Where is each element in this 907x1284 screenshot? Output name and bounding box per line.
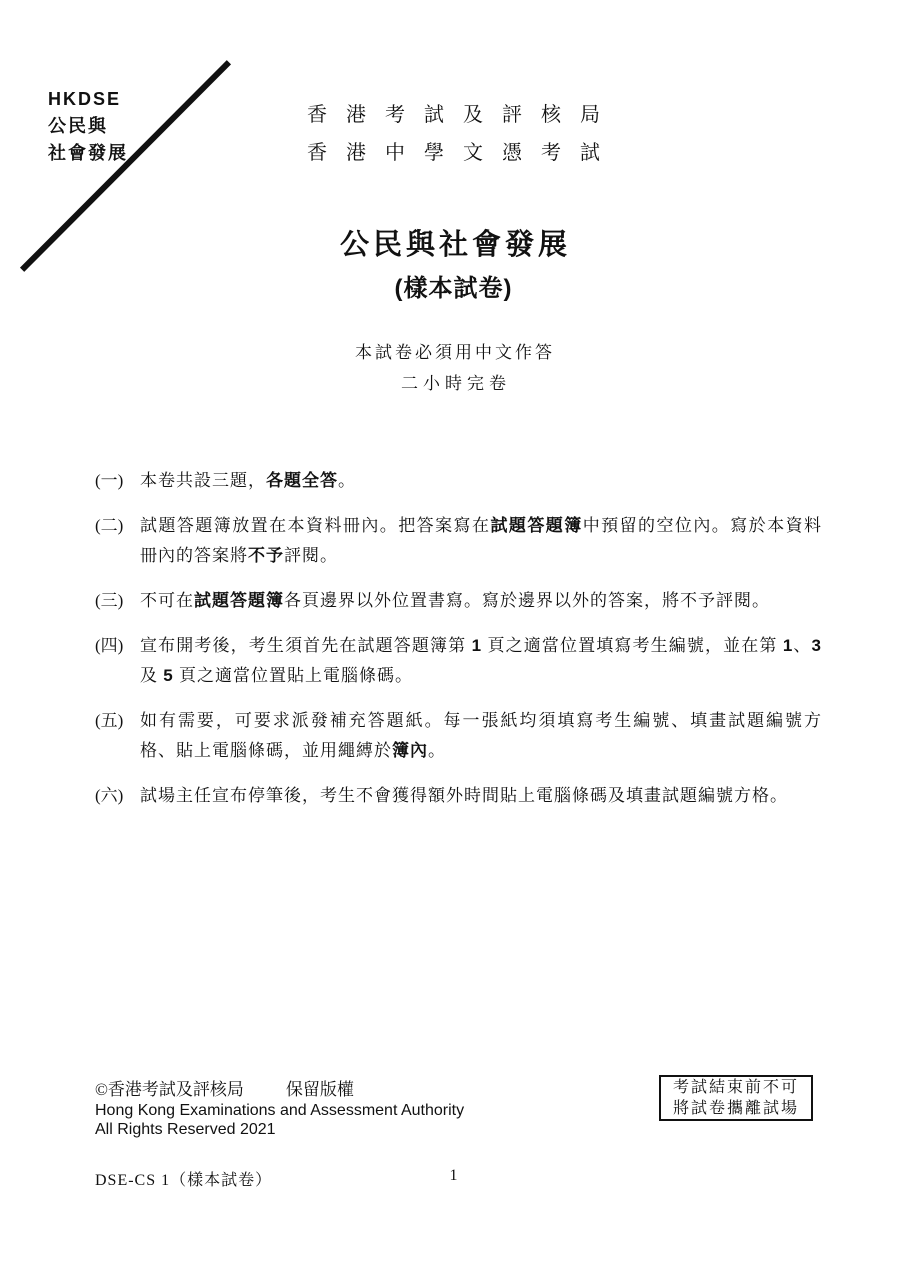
text-segment: 頁之適當位置填寫考生編號，並在第 xyxy=(482,636,783,655)
instructions-list: (一)本卷共設三題，各題全答。 (二)試題答題簿放置在本資料冊內。把答案寫在試題… xyxy=(95,466,822,826)
instruction-number: (二) xyxy=(95,511,140,571)
text-segment: 宣布開考後，考生須首先在試題答題簿第 xyxy=(140,636,472,655)
text-segment-bold: 各題全答 xyxy=(266,471,338,490)
text-segment: 試場主任宣布停筆後，考生不會獲得額外時間貼上電腦條碼及填畫試題編號方格。 xyxy=(140,786,788,805)
logo-subject-line2: 社會發展 xyxy=(48,140,128,167)
instruction-item-4: (四)宣布開考後，考生須首先在試題答題簿第 1 頁之適當位置填寫考生編號，並在第… xyxy=(95,631,822,691)
instruction-item-5: (五)如有需要，可要求派發補充答題紙。每一張紙均須填寫考生編號、填畫試題編號方格… xyxy=(95,706,822,766)
instruction-text: 本卷共設三題，各題全答。 xyxy=(140,466,822,496)
duration-note: 二小時完卷 xyxy=(0,369,907,394)
exam-warning-box: 考試結束前不可 將試卷攜離試場 xyxy=(659,1075,813,1121)
page-number-bold: 1 xyxy=(472,636,482,655)
authority-name: 香港考試及評核局 xyxy=(0,96,907,134)
hkdse-subject-logo: HKDSE 公民與 社會發展 xyxy=(48,86,128,167)
text-segment-bold: 簿內 xyxy=(392,741,428,760)
examination-name: 香港中學文憑考試 xyxy=(0,134,907,172)
rights-reserved-zh: 保留版權 xyxy=(286,1079,354,1101)
instruction-item-3: (三)不可在試題答題簿各頁邊界以外位置書寫。寫於邊界以外的答案，將不予評閱。 xyxy=(95,586,822,616)
page-number-bold: 1 xyxy=(783,636,793,655)
text-segment: 本卷共設三題， xyxy=(140,471,266,490)
text-segment: 、 xyxy=(793,636,811,655)
instruction-item-2: (二)試題答題簿放置在本資料冊內。把答案寫在試題答題簿中預留的空位內。寫於本資料… xyxy=(95,511,822,571)
text-segment: 。 xyxy=(338,471,356,490)
text-segment: 頁之適當位置貼上電腦條碼。 xyxy=(174,666,413,685)
logo-subject-line1: 公民與 xyxy=(48,113,128,140)
instruction-text: 如有需要，可要求派發補充答題紙。每一張紙均須填寫考生編號、填畫試題編號方格、貼上… xyxy=(140,706,822,766)
text-segment: 及 xyxy=(140,666,163,685)
instruction-number: (六) xyxy=(95,781,140,811)
text-segment-bold: 試題答題簿 xyxy=(194,591,284,610)
instruction-item-1: (一)本卷共設三題，各題全答。 xyxy=(95,466,822,496)
logo-hkdse-label: HKDSE xyxy=(48,86,128,113)
instruction-number: (三) xyxy=(95,586,140,616)
instruction-item-6: (六)試場主任宣布停筆後，考生不會獲得額外時間貼上電腦條碼及填畫試題編號方格。 xyxy=(95,781,822,811)
rights-reserved-en: All Rights Reserved 2021 xyxy=(95,1120,464,1139)
copyright-authority-zh: ©香港考試及評核局 xyxy=(95,1079,244,1101)
copyright-block: ©香港考試及評核局 保留版權 Hong Kong Examinations an… xyxy=(95,1079,464,1139)
page-number-bold: 5 xyxy=(163,666,173,685)
text-segment: 如有需要，可要求派發補充答題紙。每一張紙均須填寫考生編號、填畫試題編號方格、貼上… xyxy=(140,711,822,760)
authority-header: 香港考試及評核局 香港中學文憑考試 xyxy=(0,96,907,172)
paper-subtitle: (樣本試卷) xyxy=(0,268,907,303)
text-segment: 各頁邊界以外位置書寫。寫於邊界以外的答案，將不予評閱。 xyxy=(284,591,770,610)
instruction-number: (一) xyxy=(95,466,140,496)
copyright-line-zh: ©香港考試及評核局 保留版權 xyxy=(95,1079,464,1101)
copyright-authority-en: Hong Kong Examinations and Assessment Au… xyxy=(95,1101,464,1120)
text-segment-bold: 試題答題簿 xyxy=(490,516,582,535)
instruction-text: 不可在試題答題簿各頁邊界以外位置書寫。寫於邊界以外的答案，將不予評閱。 xyxy=(140,586,822,616)
text-segment: 評閱。 xyxy=(284,546,338,565)
paper-title: 公民與社會發展 xyxy=(0,222,907,263)
instruction-number: (四) xyxy=(95,631,140,691)
instruction-text: 宣布開考後，考生須首先在試題答題簿第 1 頁之適當位置填寫考生編號，並在第 1、… xyxy=(140,631,822,691)
text-segment-bold: 不予 xyxy=(248,546,284,565)
instruction-text: 試題答題簿放置在本資料冊內。把答案寫在試題答題簿中預留的空位內。寫於本資料冊內的… xyxy=(140,511,822,571)
page-number-bold: 3 xyxy=(812,636,822,655)
instruction-number: (五) xyxy=(95,706,140,766)
page-number: 1 xyxy=(0,1167,907,1185)
language-note: 本試卷必須用中文作答 xyxy=(0,338,907,363)
exam-cover-page: HKDSE 公民與 社會發展 香港考試及評核局 香港中學文憑考試 公民與社會發展… xyxy=(0,0,907,1284)
warning-line-1: 考試結束前不可 xyxy=(673,1077,799,1098)
instruction-text: 試場主任宣布停筆後，考生不會獲得額外時間貼上電腦條碼及填畫試題編號方格。 xyxy=(140,781,822,811)
warning-line-2: 將試卷攜離試場 xyxy=(673,1098,799,1119)
text-segment: 不可在 xyxy=(140,591,194,610)
text-segment: 。 xyxy=(428,741,446,760)
text-segment: 試題答題簿放置在本資料冊內。把答案寫在 xyxy=(140,516,490,535)
